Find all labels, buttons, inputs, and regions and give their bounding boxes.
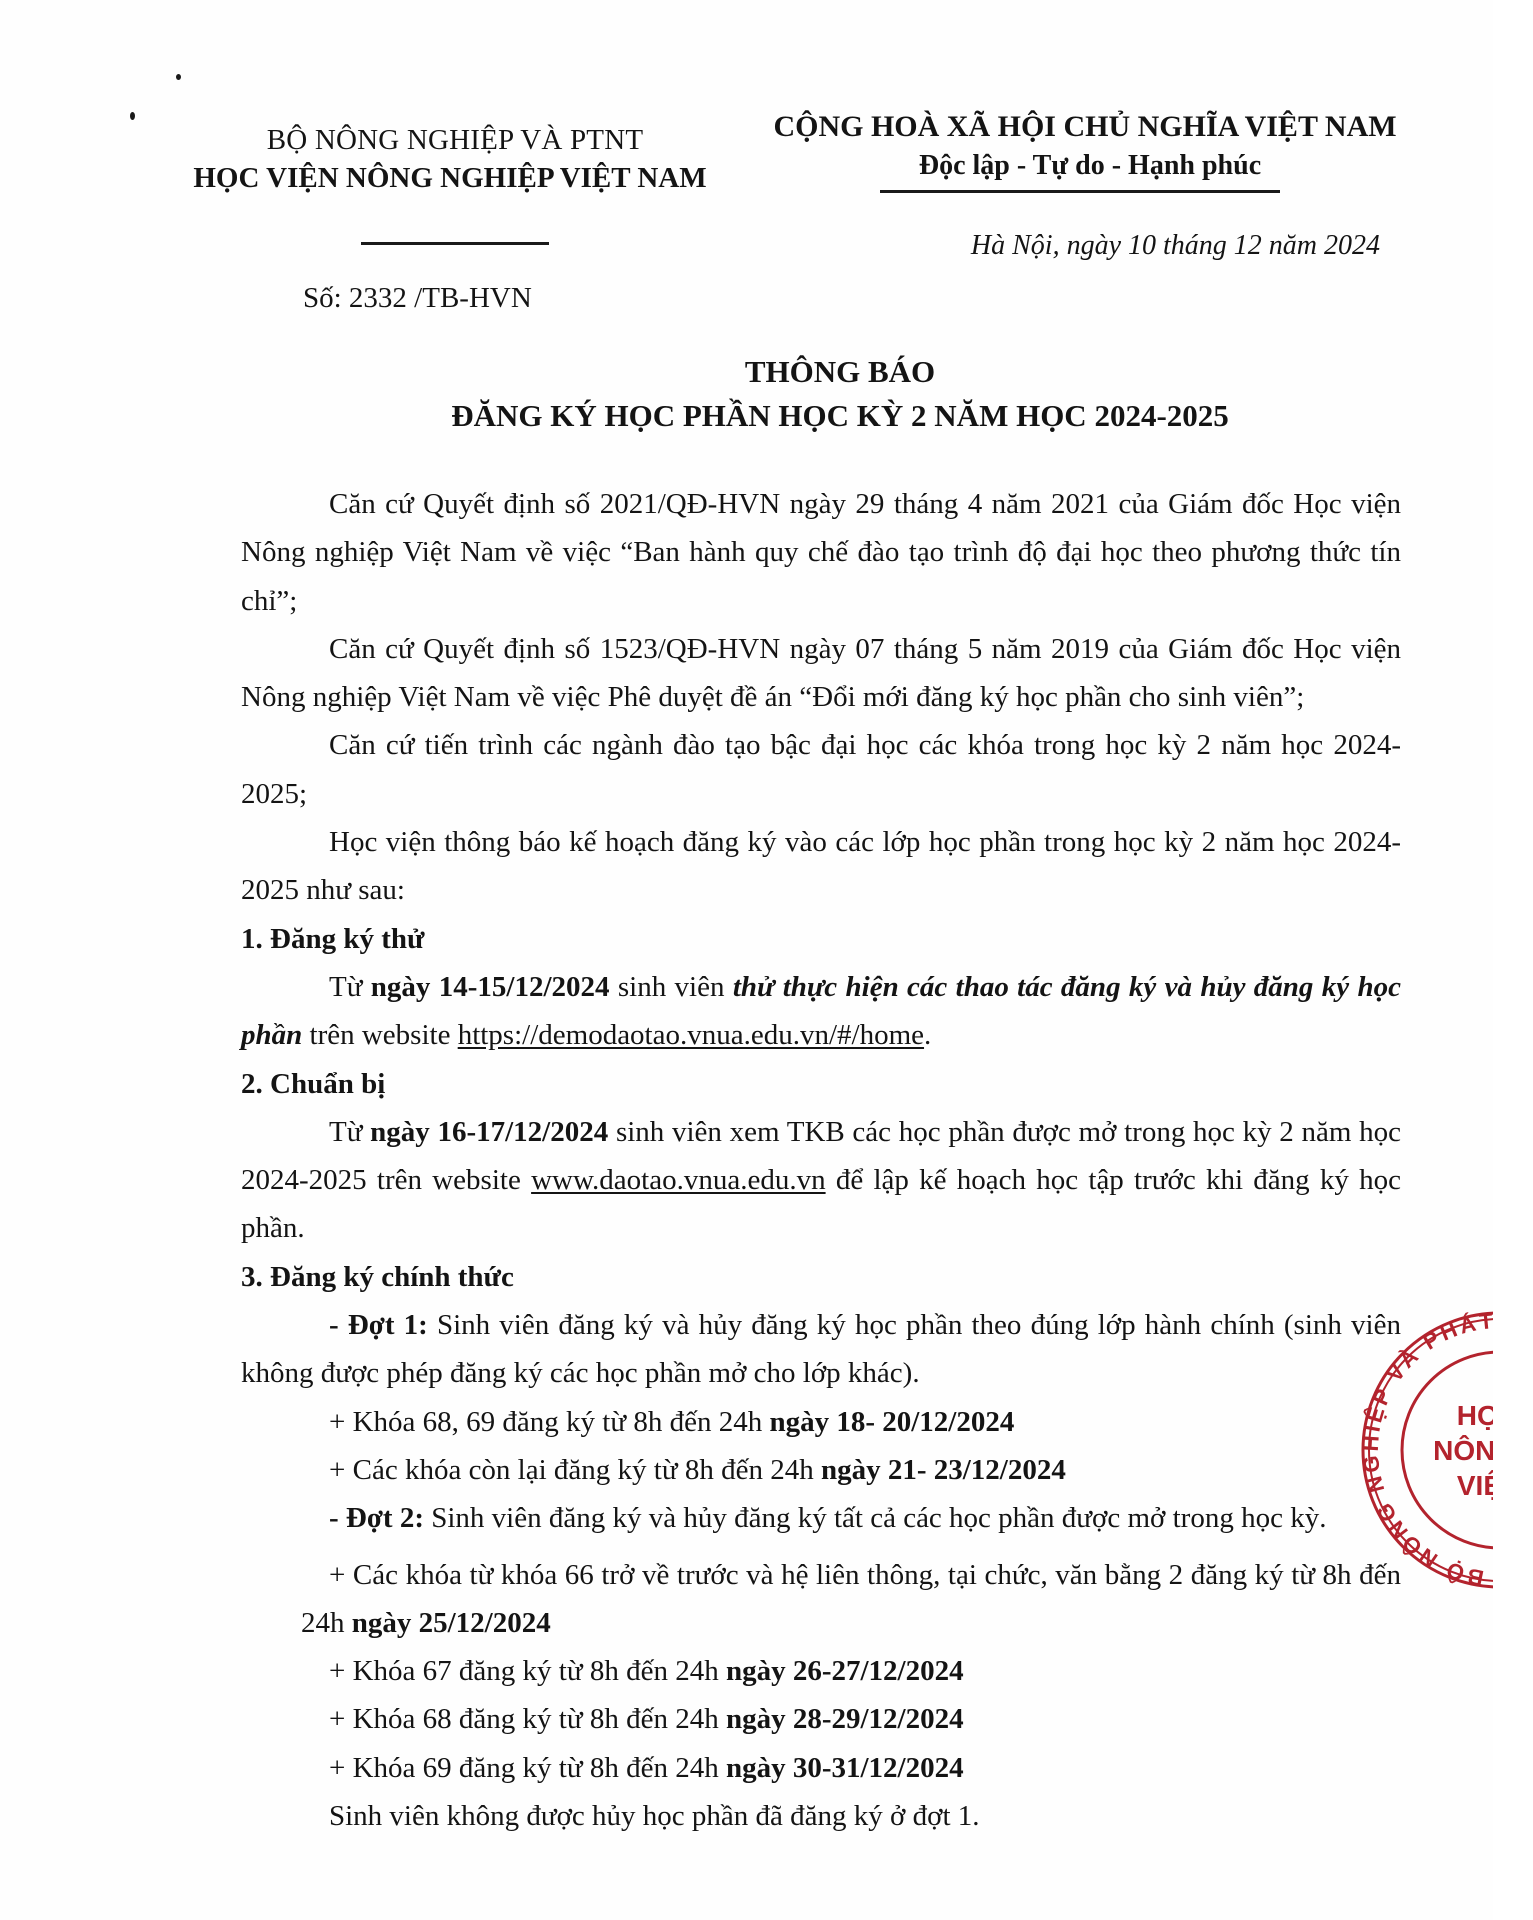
round1-item: + Các khóa còn lại đăng ký từ 8h đến 24h… [241, 1446, 1401, 1494]
round1-label: - Đợt 1: [329, 1309, 428, 1341]
text: Từ [329, 1116, 370, 1148]
text: + Khóa 68, 69 đăng ký từ 8h đến 24h [329, 1406, 769, 1438]
demo-website-link[interactable]: https://demodaotao.vnua.edu.vn/#/home [458, 1019, 924, 1051]
text: + Khóa 67 đăng ký từ 8h đến 24h [329, 1655, 726, 1687]
text: + Các khóa còn lại đăng ký từ 8h đến 24h [329, 1454, 821, 1486]
svg-text:HỌC VI: HỌC VI [1457, 1400, 1493, 1431]
document-number: Số: 2332 /TB-HVN [303, 280, 532, 316]
motto-divider [880, 190, 1280, 193]
round2-item-date: ngày 25/12/2024 [352, 1607, 551, 1639]
round2-item: + Khóa 68 đăng ký từ 8h đến 24h ngày 28-… [241, 1695, 1401, 1743]
round2-item: + Khóa 67 đăng ký từ 8h đến 24h ngày 26-… [241, 1647, 1401, 1695]
text: Từ [329, 971, 371, 1003]
section-heading-official: 3. Đăng ký chính thức [241, 1253, 1401, 1301]
round1-item-date: ngày 21- 23/12/2024 [821, 1454, 1066, 1486]
round1-item: + Khóa 68, 69 đăng ký từ 8h đến 24h ngày… [241, 1398, 1401, 1446]
text: trên website [302, 1019, 457, 1051]
scan-speck [176, 74, 181, 80]
round2-item: + Các khóa từ khóa 66 trở về trước và hệ… [241, 1551, 1401, 1648]
trial-paragraph: Từ ngày 14-15/12/2024 sinh viên thử thực… [241, 963, 1401, 1060]
text: sinh viên [610, 971, 733, 1003]
round2-item-date: ngày 28-29/12/2024 [726, 1703, 964, 1735]
round2-item: + Khóa 69 đăng ký từ 8h đến 24h ngày 30-… [241, 1744, 1401, 1792]
preamble-paragraph: Căn cứ Quyết định số 2021/QĐ-HVN ngày 29… [241, 480, 1401, 625]
svg-text:NÔNG NG: NÔNG NG [1433, 1434, 1493, 1466]
ministry-name: BỘ NÔNG NGHIỆP VÀ PTNT [190, 122, 720, 158]
text: . [924, 1019, 931, 1051]
round1-paragraph: - Đợt 1: Sinh viên đăng ký và hủy đăng k… [241, 1301, 1401, 1398]
round2-paragraph: - Đợt 2: Sinh viên đăng ký và hủy đăng k… [241, 1494, 1401, 1542]
round2-item-date: ngày 30-31/12/2024 [726, 1752, 964, 1784]
trial-date: ngày 14-15/12/2024 [371, 971, 610, 1003]
national-header: CỘNG HOÀ XÃ HỘI CHỦ NGHĨA VIỆT NAM Độc l… [770, 108, 1410, 193]
preamble-paragraph: Căn cứ tiến trình các ngành đào tạo bậc … [241, 721, 1401, 818]
text: + Khóa 69 đăng ký từ 8h đến 24h [329, 1752, 726, 1784]
scan-speck [130, 112, 135, 120]
section-heading-prepare: 2. Chuẩn bị [241, 1060, 1401, 1108]
issuer-header: BỘ NÔNG NGHIỆP VÀ PTNT HỌC VIỆN NÔNG NGH… [190, 122, 720, 245]
document-title: THÔNG BÁO ĐĂNG KÝ HỌC PHẦN HỌC KỲ 2 NĂM … [240, 350, 1400, 438]
title-line-2: ĐĂNG KÝ HỌC PHẦN HỌC KỲ 2 NĂM HỌC 2024-2… [280, 394, 1400, 438]
page-margin [1493, 0, 1533, 1920]
round2-note: Sinh viên không được hủy học phần đã đăn… [241, 1792, 1401, 1840]
document-page: BỘ NÔNG NGHIỆP VÀ PTNT HỌC VIỆN NÔNG NGH… [0, 0, 1493, 1920]
document-body: Căn cứ Quyết định số 2021/QĐ-HVN ngày 29… [241, 480, 1401, 1840]
section-heading-trial: 1. Đăng ký thử [241, 915, 1401, 963]
round1-item-date: ngày 18- 20/12/2024 [769, 1406, 1014, 1438]
round2-label: - Đợt 2: [329, 1502, 424, 1534]
title-line-1: THÔNG BÁO [280, 350, 1400, 394]
prepare-date: ngày 16-17/12/2024 [370, 1116, 608, 1148]
training-website-link[interactable]: www.daotao.vnua.edu.vn [531, 1164, 826, 1196]
nation-name: CỘNG HOÀ XÃ HỘI CHỦ NGHĨA VIỆT NAM [760, 108, 1410, 146]
preamble-paragraph: Học viện thông báo kế hoạch đăng ký vào … [241, 818, 1401, 915]
institution-name: HỌC VIỆN NÔNG NGHIỆP VIỆT NAM [180, 158, 720, 198]
preamble-paragraph: Căn cứ Quyết định số 1523/QĐ-HVN ngày 07… [241, 625, 1401, 722]
svg-text:VIỆT N: VIỆT N [1457, 1470, 1493, 1501]
place-date: Hà Nội, ngày 10 tháng 12 năm 2024 [971, 228, 1380, 264]
national-motto: Độc lập - Tự do - Hạnh phúc [919, 146, 1261, 186]
text: + Khóa 68 đăng ký từ 8h đến 24h [329, 1703, 726, 1735]
issuer-divider [361, 242, 549, 245]
round2-item-date: ngày 26-27/12/2024 [726, 1655, 964, 1687]
text: Sinh viên đăng ký và hủy đăng ký tất cả … [424, 1502, 1326, 1534]
prepare-paragraph: Từ ngày 16-17/12/2024 sinh viên xem TKB … [241, 1108, 1401, 1253]
